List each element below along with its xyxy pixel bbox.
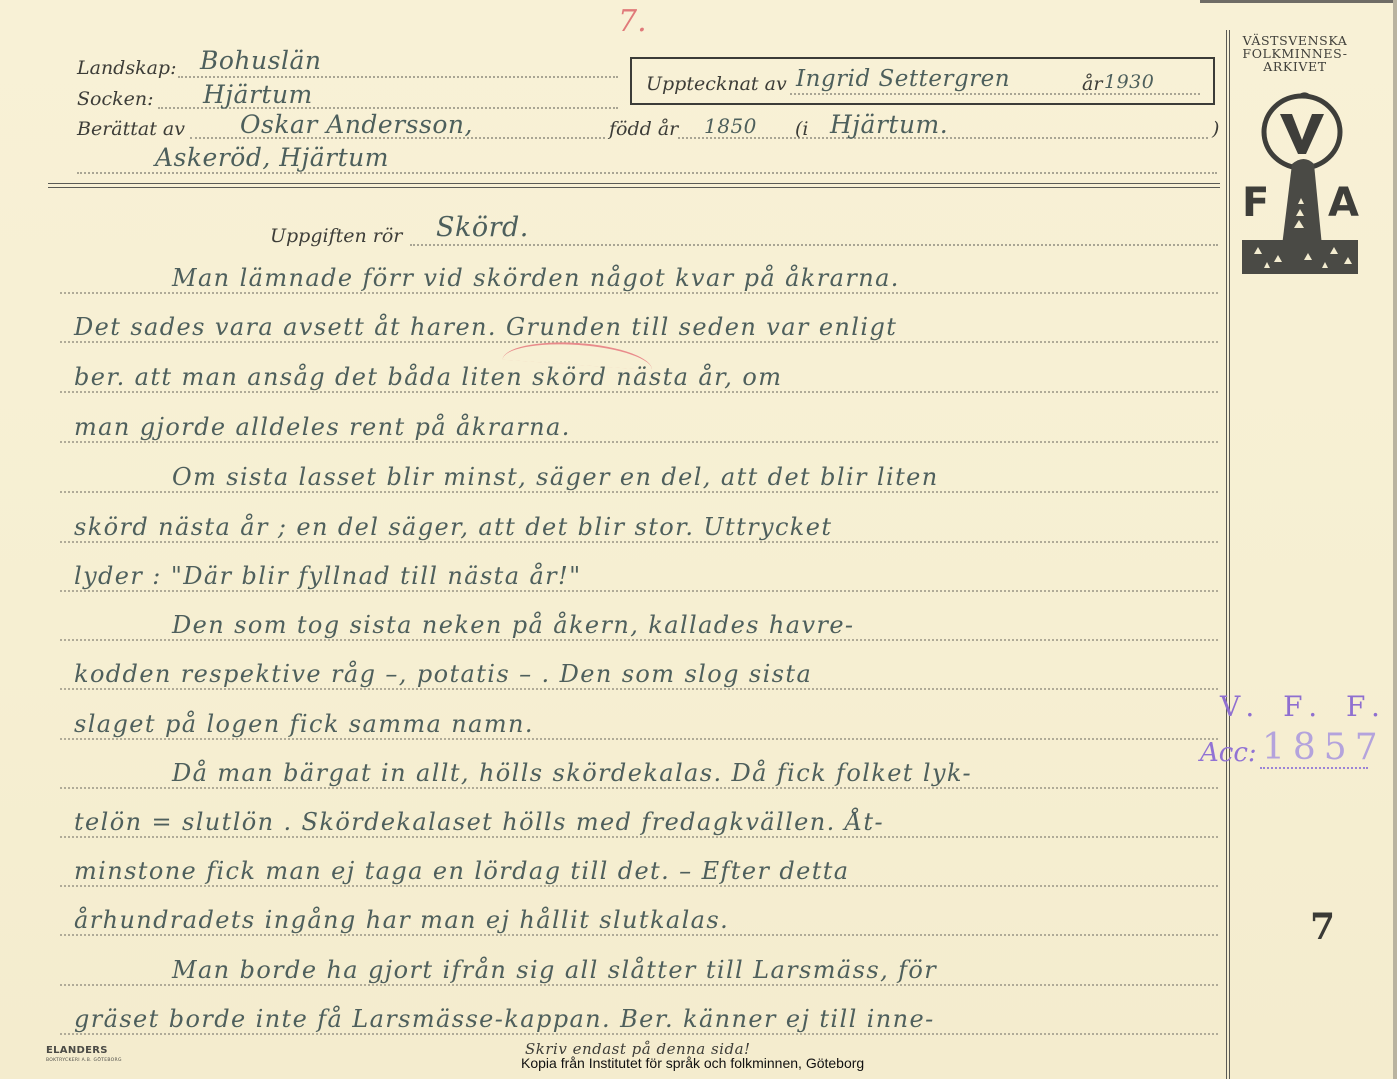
subject-dotted-line — [410, 244, 1218, 246]
berattat-value: Oskar Andersson, — [240, 110, 473, 139]
body-line: århundradets ingång har man ej hållit sl… — [60, 892, 1218, 940]
margin-line-left — [1226, 30, 1227, 1079]
fodd-place-open: (i — [795, 118, 809, 140]
body-line: Då man bärgat in allt, hölls skördekalas… — [60, 745, 1218, 793]
scan-edge-top — [1200, 0, 1397, 3]
fodd-label: född år — [609, 118, 678, 140]
header-rule-bottom — [48, 187, 1220, 188]
subject-label: Uppgiften rör — [270, 225, 402, 247]
body-line: lyder : "Där blir fyllnad till nästa år!… — [60, 548, 1218, 596]
vfa-hammer-logo-icon: F A — [1234, 92, 1364, 292]
archive-title-line3: ARKIVET — [1232, 60, 1358, 73]
upptecknat-dotted-line — [790, 93, 1200, 95]
body-line: Om sista lasset blir minst, säger en del… — [60, 449, 1218, 497]
page-number: 7 — [1310, 906, 1335, 948]
body-line: kodden respektive råg –, potatis – . Den… — [60, 646, 1218, 694]
copy-notice: Kopia från Institutet för språk och folk… — [521, 1055, 864, 1071]
subject-value: Skörd. — [436, 212, 529, 243]
body-line: Man lämnade förr vid skörden något kvar … — [60, 250, 1218, 298]
body-line: Det sades vara avsett åt haren. Grunden … — [60, 299, 1218, 347]
svg-text:A: A — [1328, 180, 1359, 226]
address-dotted-line — [77, 172, 1217, 174]
fodd-place-close: ) — [1212, 118, 1219, 140]
svg-text:F: F — [1242, 180, 1269, 226]
vff-stamp: V. F. F. — [1220, 690, 1390, 723]
socken-label: Socken: — [77, 88, 154, 110]
accession-underline — [1260, 767, 1368, 769]
berattat-label: Berättat av — [77, 118, 185, 140]
printer-subtitle: BOKTRYCKERI A.B. GÖTEBORG — [46, 1058, 122, 1063]
berattat-address: Askeröd, Hjärtum — [155, 143, 389, 172]
header-rule-top — [48, 183, 1220, 184]
body-line: telön = slutlön . Skördekalaset hölls me… — [60, 794, 1218, 842]
body-line: minstone fick man ej taga en lördag till… — [60, 843, 1218, 891]
socken-value: Hjärtum — [203, 80, 313, 109]
red-page-mark: 7. — [618, 4, 647, 39]
body-line: Man borde ha gjort ifrån sig all slåtter… — [60, 942, 1218, 990]
accession-label: Acc: — [1200, 738, 1257, 768]
scan-edge-right — [1393, 0, 1397, 1079]
accession-number: 1857 — [1262, 727, 1386, 768]
landskap-label: Landskap: — [77, 57, 177, 79]
ar-label: år — [1082, 73, 1102, 95]
body-line: slaget på logen fick samma namn. — [60, 696, 1218, 744]
landskap-dotted-line — [178, 76, 618, 78]
fodd-year-value: 1850 — [704, 114, 757, 138]
body-line: gräset borde inte få Larsmässe-kappan. B… — [60, 991, 1218, 1039]
upptecknat-value: Ingrid Settergren — [796, 66, 1010, 92]
margin-line-right — [1229, 30, 1230, 1079]
fodd-place-value: Hjärtum. — [830, 110, 948, 139]
body-line: Den som tog sista neken på åkern, kallad… — [60, 597, 1218, 645]
body-line: skörd nästa år ; en del säger, att det b… — [60, 499, 1218, 547]
archive-title: VÄSTSVENSKA FOLKMINNES- ARKIVET — [1232, 34, 1358, 73]
ar-value: 1930 — [1104, 71, 1154, 93]
body-line: man gjorde alldeles rent på åkrarna. — [60, 399, 1218, 447]
upptecknat-label: Upptecknat av — [646, 73, 787, 95]
landskap-value: Bohuslän — [200, 46, 321, 75]
printer-mark: ELANDERS — [46, 1045, 108, 1056]
archive-record-card: 7. Landskap: Bohuslän Socken: Hjärtum Be… — [0, 0, 1397, 1079]
